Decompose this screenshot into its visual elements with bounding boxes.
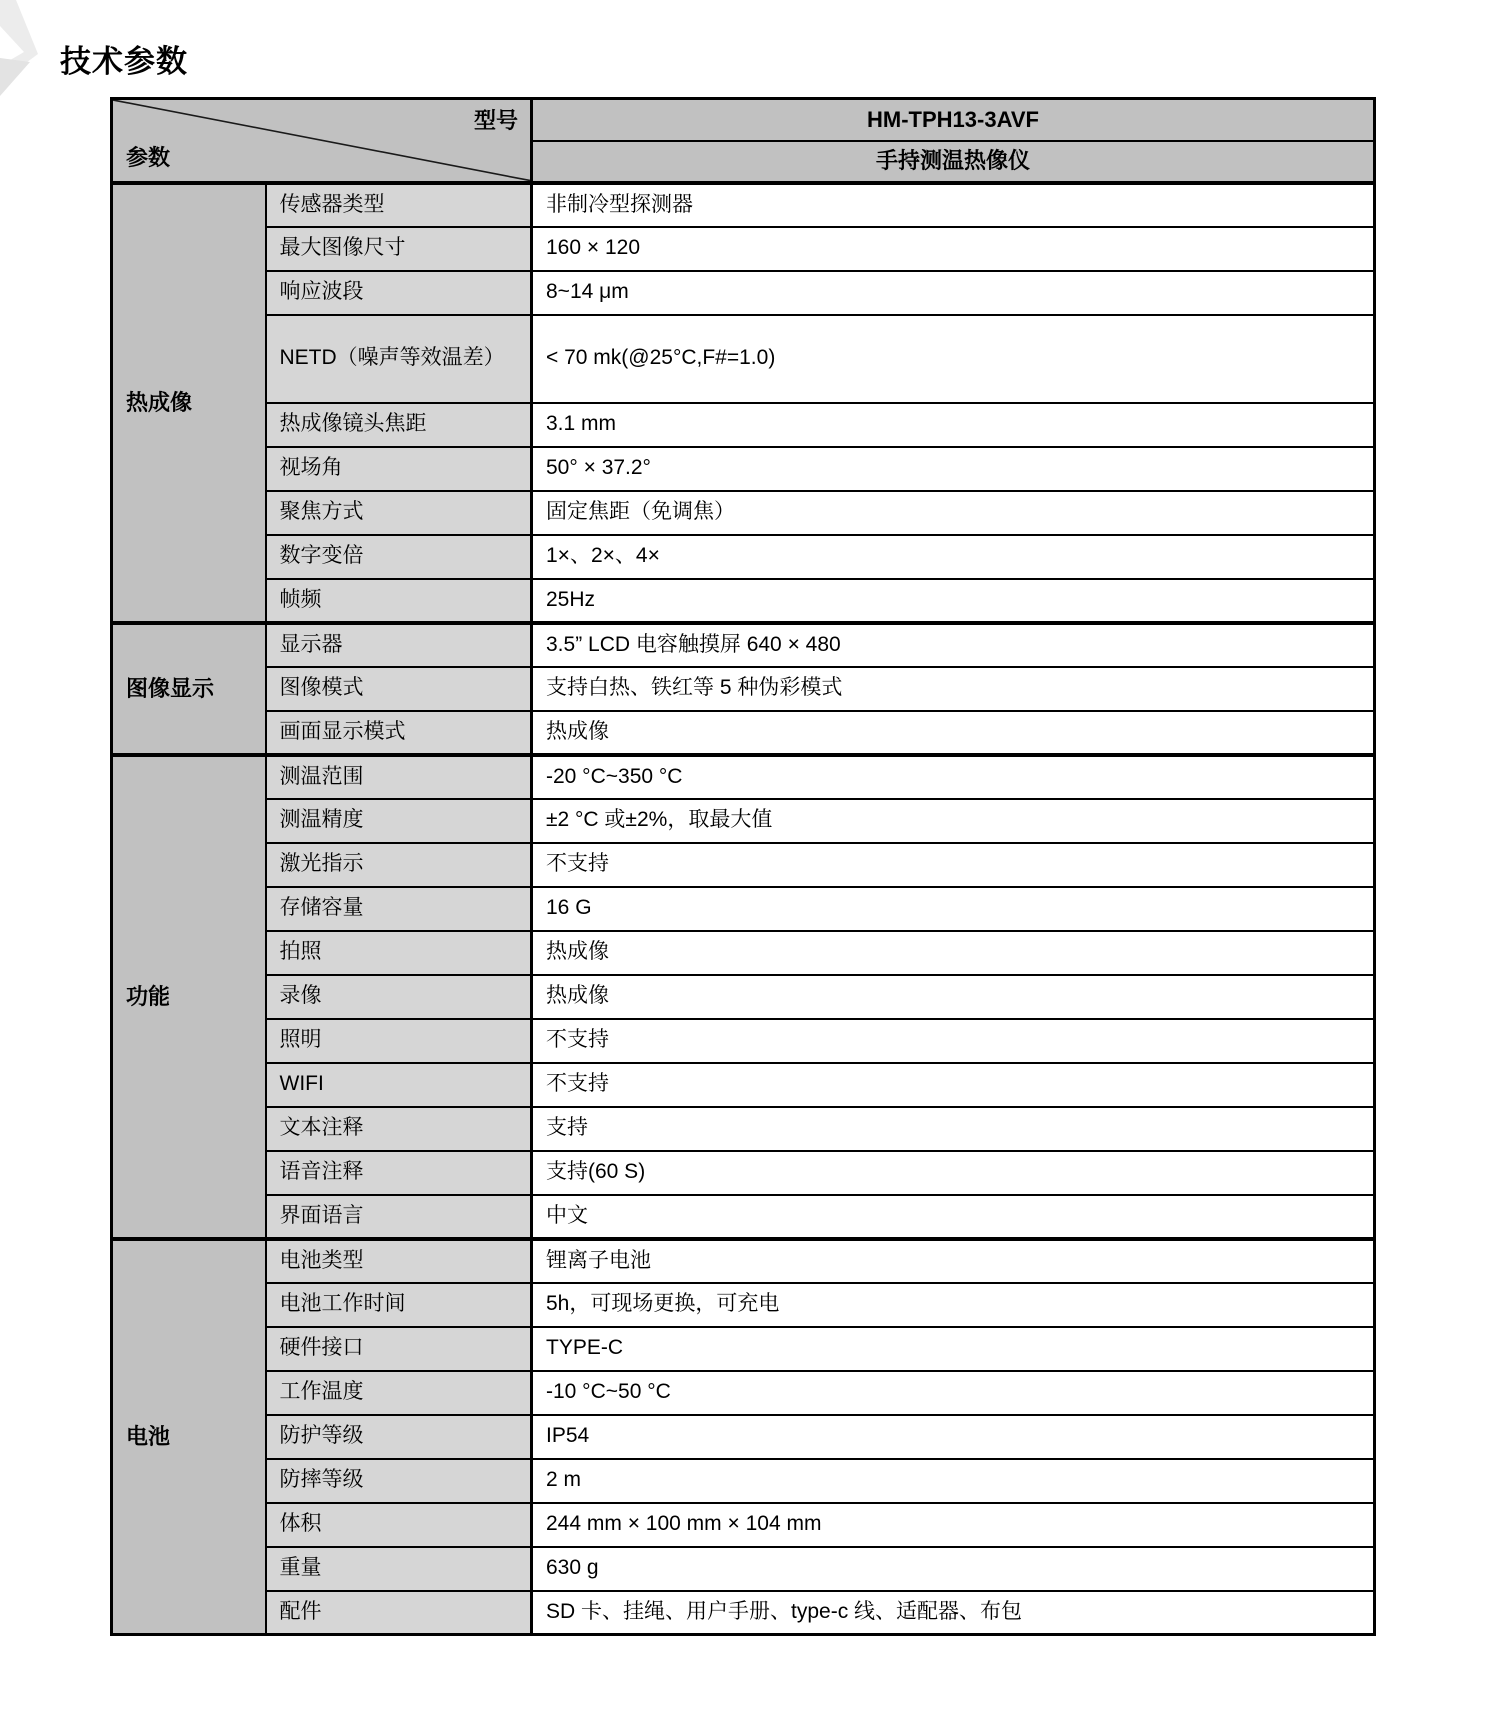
spec-value: -20 °C~350 °C <box>532 755 1375 799</box>
table-row: 热成像传感器类型非制冷型探测器 <box>112 183 1375 227</box>
table-row: 电池电池类型锂离子电池 <box>112 1239 1375 1283</box>
spec-label: 最大图像尺寸 <box>266 227 532 271</box>
category-cell: 功能 <box>112 755 266 1239</box>
spec-value: 不支持 <box>532 843 1375 887</box>
table-row: WIFI不支持 <box>112 1063 1375 1107</box>
table-row: 图像显示显示器3.5” LCD 电容触摸屏 640 × 480 <box>112 623 1375 667</box>
spec-value: IP54 <box>532 1415 1375 1459</box>
spec-label: 配件 <box>266 1591 532 1635</box>
spec-label: 传感器类型 <box>266 183 532 227</box>
spec-label: NETD（噪声等效温差） <box>266 315 532 403</box>
spec-label: 视场角 <box>266 447 532 491</box>
table-row: 录像热成像 <box>112 975 1375 1019</box>
spec-label: 照明 <box>266 1019 532 1063</box>
table-row: 画面显示模式热成像 <box>112 711 1375 755</box>
diagonal-divider-line <box>113 100 530 181</box>
spec-label: 帧频 <box>266 579 532 623</box>
spec-label: 测温范围 <box>266 755 532 799</box>
spec-value: 1×、2×、4× <box>532 535 1375 579</box>
category-cell: 电池 <box>112 1239 266 1635</box>
spec-label: 录像 <box>266 975 532 1019</box>
spec-label: 电池类型 <box>266 1239 532 1283</box>
spec-value: TYPE-C <box>532 1327 1375 1371</box>
table-row: 体积244 mm × 100 mm × 104 mm <box>112 1503 1375 1547</box>
table-row: 存储容量16 G <box>112 887 1375 931</box>
spec-value: 3.1 mm <box>532 403 1375 447</box>
spec-value: 50° × 37.2° <box>532 447 1375 491</box>
header-row-model: 型号参数HM-TPH13-3AVF <box>112 99 1375 141</box>
spec-value: 锂离子电池 <box>532 1239 1375 1283</box>
header-corner-cell: 型号参数 <box>112 99 532 183</box>
spec-label: 响应波段 <box>266 271 532 315</box>
table-row: 照明不支持 <box>112 1019 1375 1063</box>
spec-value: 630 g <box>532 1547 1375 1591</box>
spec-value: ±2 °C 或±2%，取最大值 <box>532 799 1375 843</box>
table-row: 界面语言中文 <box>112 1195 1375 1239</box>
model-number-cell: HM-TPH13-3AVF <box>532 99 1375 141</box>
product-type-cell: 手持测温热像仪 <box>532 141 1375 183</box>
table-row: 重量630 g <box>112 1547 1375 1591</box>
spec-label: 重量 <box>266 1547 532 1591</box>
spec-value: 16 G <box>532 887 1375 931</box>
spec-label: 显示器 <box>266 623 532 667</box>
corner-label-model: 型号 <box>474 107 518 135</box>
spec-label: 激光指示 <box>266 843 532 887</box>
table-row: 测温精度±2 °C 或±2%，取最大值 <box>112 799 1375 843</box>
spec-value: 160 × 120 <box>532 227 1375 271</box>
spec-label: 数字变倍 <box>266 535 532 579</box>
table-row: 最大图像尺寸160 × 120 <box>112 227 1375 271</box>
spec-value: SD 卡、挂绳、用户手册、type-c 线、适配器、布包 <box>532 1591 1375 1635</box>
table-row: 功能测温范围-20 °C~350 °C <box>112 755 1375 799</box>
table-row: 防护等级IP54 <box>112 1415 1375 1459</box>
spec-value: 244 mm × 100 mm × 104 mm <box>532 1503 1375 1547</box>
spec-value: 非制冷型探测器 <box>532 183 1375 227</box>
table-row: 聚焦方式固定焦距（免调焦） <box>112 491 1375 535</box>
table-row: 视场角50° × 37.2° <box>112 447 1375 491</box>
spec-value: 不支持 <box>532 1019 1375 1063</box>
spec-label: 工作温度 <box>266 1371 532 1415</box>
spec-value: 热成像 <box>532 975 1375 1019</box>
category-cell: 热成像 <box>112 183 266 623</box>
spec-value: -10 °C~50 °C <box>532 1371 1375 1415</box>
spec-label: 防护等级 <box>266 1415 532 1459</box>
spec-label: 文本注释 <box>266 1107 532 1151</box>
table-row: 图像模式支持白热、铁红等 5 种伪彩模式 <box>112 667 1375 711</box>
spec-label: 热成像镜头焦距 <box>266 403 532 447</box>
corner-watermark-shape <box>0 0 46 110</box>
spec-value: 不支持 <box>532 1063 1375 1107</box>
spec-table: 型号参数HM-TPH13-3AVF手持测温热像仪热成像传感器类型非制冷型探测器最… <box>110 97 1376 1636</box>
page-title: 技术参数 <box>60 36 188 81</box>
table-row: 防摔等级2 m <box>112 1459 1375 1503</box>
table-row: 文本注释支持 <box>112 1107 1375 1151</box>
spec-value: 25Hz <box>532 579 1375 623</box>
table-row: 数字变倍1×、2×、4× <box>112 535 1375 579</box>
table-row: 语音注释支持(60 S) <box>112 1151 1375 1195</box>
spec-label: 测温精度 <box>266 799 532 843</box>
spec-value: 支持(60 S) <box>532 1151 1375 1195</box>
spec-label: 画面显示模式 <box>266 711 532 755</box>
spec-value: 支持白热、铁红等 5 种伪彩模式 <box>532 667 1375 711</box>
spec-label: WIFI <box>266 1063 532 1107</box>
table-row: NETD（噪声等效温差）< 70 mk(@25°C,F#=1.0) <box>112 315 1375 403</box>
spec-label: 防摔等级 <box>266 1459 532 1503</box>
corner-label-parameter: 参数 <box>126 144 170 172</box>
table-row: 热成像镜头焦距3.1 mm <box>112 403 1375 447</box>
spec-label: 电池工作时间 <box>266 1283 532 1327</box>
spec-value: 8~14 μm <box>532 271 1375 315</box>
spec-value: 支持 <box>532 1107 1375 1151</box>
spec-value: 5h，可现场更换，可充电 <box>532 1283 1375 1327</box>
spec-label: 图像模式 <box>266 667 532 711</box>
spec-label: 聚焦方式 <box>266 491 532 535</box>
spec-value: < 70 mk(@25°C,F#=1.0) <box>532 315 1375 403</box>
spec-value: 热成像 <box>532 931 1375 975</box>
table-row: 电池工作时间5h，可现场更换，可充电 <box>112 1283 1375 1327</box>
table-row: 工作温度-10 °C~50 °C <box>112 1371 1375 1415</box>
category-cell: 图像显示 <box>112 623 266 755</box>
spec-label: 拍照 <box>266 931 532 975</box>
spec-label: 存储容量 <box>266 887 532 931</box>
table-row: 响应波段8~14 μm <box>112 271 1375 315</box>
spec-label: 界面语言 <box>266 1195 532 1239</box>
spec-label: 硬件接口 <box>266 1327 532 1371</box>
table-row: 硬件接口TYPE-C <box>112 1327 1375 1371</box>
table-row: 激光指示不支持 <box>112 843 1375 887</box>
table-row: 拍照热成像 <box>112 931 1375 975</box>
spec-label: 语音注释 <box>266 1151 532 1195</box>
table-row: 配件SD 卡、挂绳、用户手册、type-c 线、适配器、布包 <box>112 1591 1375 1635</box>
spec-value: 固定焦距（免调焦） <box>532 491 1375 535</box>
table-row: 帧频25Hz <box>112 579 1375 623</box>
spec-value: 中文 <box>532 1195 1375 1239</box>
spec-value: 3.5” LCD 电容触摸屏 640 × 480 <box>532 623 1375 667</box>
spec-value: 2 m <box>532 1459 1375 1503</box>
spec-label: 体积 <box>266 1503 532 1547</box>
spec-value: 热成像 <box>532 711 1375 755</box>
